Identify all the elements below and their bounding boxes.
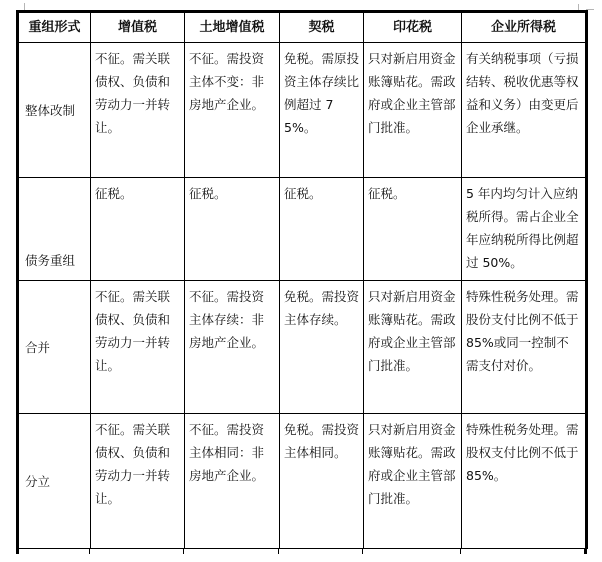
cell-vat: 不征。需关联债权、负债和劳动力一并转让。	[91, 414, 185, 549]
table-continuation-line	[89, 548, 90, 554]
row-label: 合并	[18, 281, 91, 414]
table-continuation-line	[584, 548, 587, 554]
cell-deed-tax: 征税。	[280, 178, 364, 281]
header-reorg-form: 重组形式	[18, 12, 91, 43]
crop-mark-top-left	[24, 3, 25, 10]
header-row: 重组形式 增值税 土地增值税 契税 印花税 企业所得税	[18, 12, 587, 43]
table-continuation-line	[362, 548, 363, 554]
table-row: 分立 不征。需关联债权、负债和劳动力一并转让。 不征。需投资主体相同：非房地产企…	[18, 414, 587, 549]
cell-deed-tax: 免税。需投资主体存续。	[280, 281, 364, 414]
cell-vat: 征税。	[91, 178, 185, 281]
table-continuation-line	[183, 548, 184, 554]
table-continuation-line	[278, 548, 279, 554]
cell-deed-tax: 免税。需投资主体相同。	[280, 414, 364, 549]
row-label: 整体改制	[18, 43, 91, 178]
row-label: 分立	[18, 414, 91, 549]
cell-income-tax: 5 年内均匀计入应纳税所得。需占企业全年应纳税所得比例超过 50%。	[462, 178, 587, 281]
cell-stamp-tax: 只对新启用资金账簿贴花。需政府或企业主管部门批准。	[364, 414, 462, 549]
cell-land-vat: 征税。	[185, 178, 280, 281]
cell-vat: 不征。需关联债权、负债和劳动力一并转让。	[91, 43, 185, 178]
header-land-vat: 土地增值税	[185, 12, 280, 43]
tax-comparison-table: 重组形式 增值税 土地增值税 契税 印花税 企业所得税 整体改制 不征。需关联债…	[16, 10, 588, 549]
cell-stamp-tax: 征税。	[364, 178, 462, 281]
table-row: 债务重组 征税。 征税。 征税。 征税。 5 年内均匀计入应纳税所得。需占企业全…	[18, 178, 587, 281]
table-row: 合并 不征。需关联债权、负债和劳动力一并转让。 不征。需投资主体存续：非房地产企…	[18, 281, 587, 414]
table-continuation-line	[460, 548, 461, 554]
header-income-tax: 企业所得税	[462, 12, 587, 43]
header-vat: 增值税	[91, 12, 185, 43]
cell-income-tax: 特殊性税务处理。需股权支付比例不低于 85%。	[462, 414, 587, 549]
table-row: 整体改制 不征。需关联债权、负债和劳动力一并转让。 不征。需投资主体不变：非房地…	[18, 43, 587, 178]
cell-land-vat: 不征。需投资主体不变：非房地产企业。	[185, 43, 280, 178]
cell-deed-tax: 免税。需原投资主体存续比例超过 75%。	[280, 43, 364, 178]
cell-stamp-tax: 只对新启用资金账簿贴花。需政府或企业主管部门批准。	[364, 281, 462, 414]
cell-vat: 不征。需关联债权、负债和劳动力一并转让。	[91, 281, 185, 414]
cell-income-tax: 有关纳税事项（亏损结转、税收优惠等权益和义务）由变更后企业承继。	[462, 43, 587, 178]
cell-land-vat: 不征。需投资主体存续：非房地产企业。	[185, 281, 280, 414]
header-deed-tax: 契税	[280, 12, 364, 43]
header-stamp-tax: 印花税	[364, 12, 462, 43]
cell-stamp-tax: 只对新启用资金账簿贴花。需政府或企业主管部门批准。	[364, 43, 462, 178]
cell-income-tax: 特殊性税务处理。需股份支付比例不低于 85%或同一控制不需支付对价。	[462, 281, 587, 414]
row-label: 债务重组	[18, 178, 91, 281]
table-continuation-line	[16, 548, 19, 554]
cell-land-vat: 不征。需投资主体相同：非房地产企业。	[185, 414, 280, 549]
